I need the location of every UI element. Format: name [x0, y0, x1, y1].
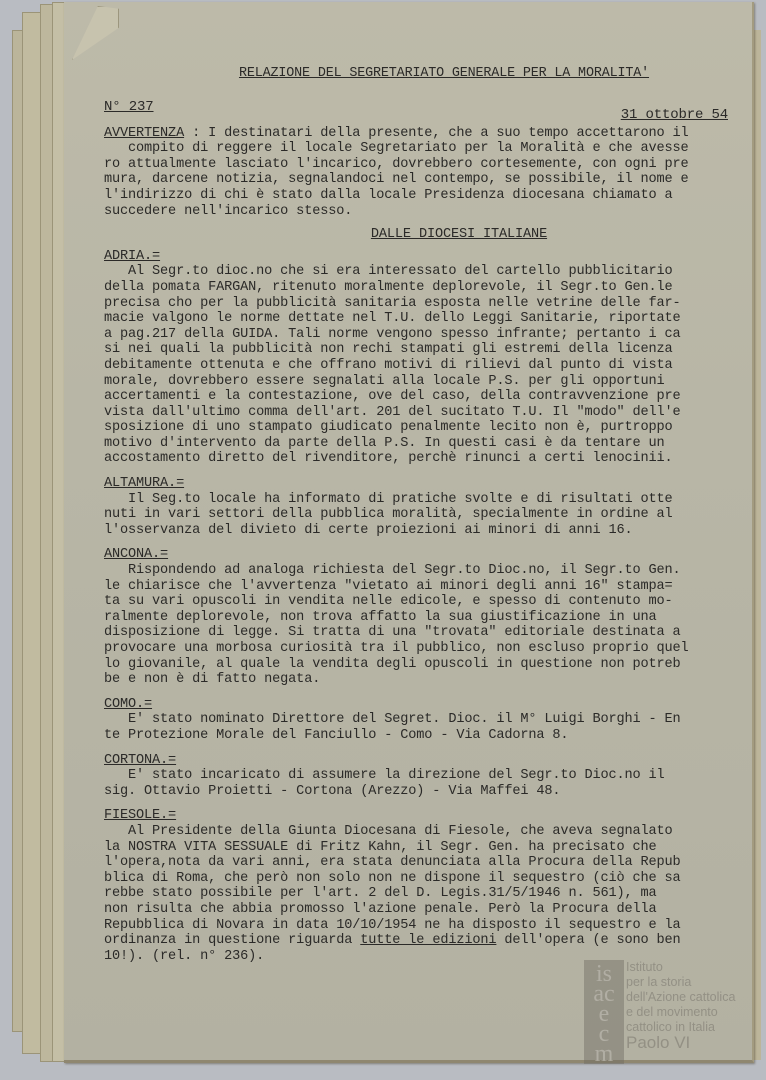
text-line: vista dall'ultimo comma dell'art. 201 de…	[104, 405, 734, 421]
warning-block: AVVERTENZA : I destinatari della present…	[104, 126, 734, 220]
diocese-entry: FIESOLE.= Al Presidente della Giunta Dio…	[104, 808, 734, 964]
diocese-entry: ANCONA.= Rispondendo ad analoga richiest…	[104, 547, 734, 687]
typewritten-document: RELAZIONE DEL SEGRETARIATO GENERALE PER …	[104, 66, 734, 964]
text-line: be e non è di fatto negata.	[104, 672, 734, 688]
section-title: DALLE DIOCESI ITALIANE	[184, 227, 734, 243]
text-line: ralmente deplorevole, non trova affatto …	[104, 610, 734, 626]
text-line: Al Segr.to dioc.no che si era interessat…	[104, 264, 734, 280]
text-line: ta su vari opuscoli in vendita nelle edi…	[104, 594, 734, 610]
text-line: l'opera,nota da vari anni, era stata den…	[104, 855, 734, 871]
number-date-row: N° 237 31 ottobre 54	[104, 100, 734, 120]
text-line: sig. Ottavio Proietti - Cortona (Arezzo)…	[104, 784, 734, 800]
text-line: E' stato nominato Direttore del Segret. …	[104, 712, 734, 728]
diocese-entry: CORTONA.= E' stato incaricato di assumer…	[104, 753, 734, 800]
diocese-heading: FIESOLE.=	[104, 808, 734, 824]
report-number: N° 237	[104, 100, 154, 116]
text-line: provocare una morbosa curiosità tra il p…	[104, 641, 734, 657]
report-date: 31 ottobre 54	[621, 108, 728, 124]
text-line: macie valgono le norme dettate nel T.U. …	[104, 311, 734, 327]
diocese-entry: COMO.= E' stato nominato Direttore del S…	[104, 697, 734, 744]
text-line: precisa cho per la pubblicità sanitaria …	[104, 296, 734, 312]
text-line: Repubblica di Novara in data 10/10/1954 …	[104, 918, 734, 934]
text-line: lo giovanile, al quale la vendita degli …	[104, 657, 734, 673]
warning-label: AVVERTENZA	[104, 126, 184, 141]
text-line: te Protezione Morale del Fanciullo - Com…	[104, 728, 734, 744]
text-line: l'osservanza del divieto di certe proiez…	[104, 523, 734, 539]
diocese-heading: ANCONA.=	[104, 547, 734, 563]
text-line: la NOSTRA VITA SESSUALE di Fritz Kahn, i…	[104, 840, 734, 856]
text-line: Rispondendo ad analoga richiesta del Seg…	[104, 563, 734, 579]
institute-watermark: isacecm Istituto per la storia dell'Azio…	[584, 960, 750, 1070]
diocese-heading: ALTAMURA.=	[104, 476, 734, 492]
text-line: nuti in vari settori della pubblica mora…	[104, 507, 734, 523]
diocese-entry: ALTAMURA.= Il Seg.to locale ha informato…	[104, 476, 734, 538]
diocese-heading: CORTONA.=	[104, 753, 734, 769]
diocese-heading: COMO.=	[104, 697, 734, 713]
watermark-text: Istituto per la storia dell'Azione catto…	[626, 960, 735, 1052]
text-line: E' stato incaricato di assumere la direz…	[104, 768, 734, 784]
text-line: blica di Roma, che però non solo non ne …	[104, 871, 734, 887]
text-line: ordinanza in questione riguarda tutte le…	[104, 933, 734, 949]
text-line: sposizione di uno stampato giudicato pen…	[104, 420, 734, 436]
text-line: accertamenti e la contestazione, ove del…	[104, 389, 734, 405]
text-line: motivo d'intervento da parte della P.S. …	[104, 436, 734, 452]
text-line: le chiarisce che l'avvertenza "vietato a…	[104, 579, 734, 595]
underlined-emphasis: tutte le edizioni	[360, 933, 496, 948]
text-line: a pag.217 della GUIDA. Tali norme vengon…	[104, 327, 734, 343]
diocese-entry: ADRIA.= Al Segr.to dioc.no che si era in…	[104, 249, 734, 467]
text-line: rebbe stato possibile per l'art. 2 del D…	[104, 886, 734, 902]
diocese-heading: ADRIA.=	[104, 249, 734, 265]
text-line: Il Seg.to locale ha informato di pratich…	[104, 492, 734, 508]
document-title: RELAZIONE DEL SEGRETARIATO GENERALE PER …	[154, 66, 734, 82]
text-line: debitamente ottenuta e che offrano motiv…	[104, 358, 734, 374]
text-line: si nei quali la pubblicità non rechi sta…	[104, 342, 734, 358]
diocese-entries: ADRIA.= Al Segr.to dioc.no che si era in…	[104, 249, 734, 965]
isacem-logo: isacecm	[584, 960, 624, 1064]
text-line: accostamento diretto del rivenditore, pe…	[104, 451, 734, 467]
text-line: non risulta che abbia promosso l'azione …	[104, 902, 734, 918]
text-line: morale, dovrebbero essere segnalati alla…	[104, 374, 734, 390]
text-line: Al Presidente della Giunta Diocesana di …	[104, 824, 734, 840]
text-line: disposizione di legge. Si tratta di una …	[104, 625, 734, 641]
text-line: della pomata FARGAN, ritenuto moralmente…	[104, 280, 734, 296]
